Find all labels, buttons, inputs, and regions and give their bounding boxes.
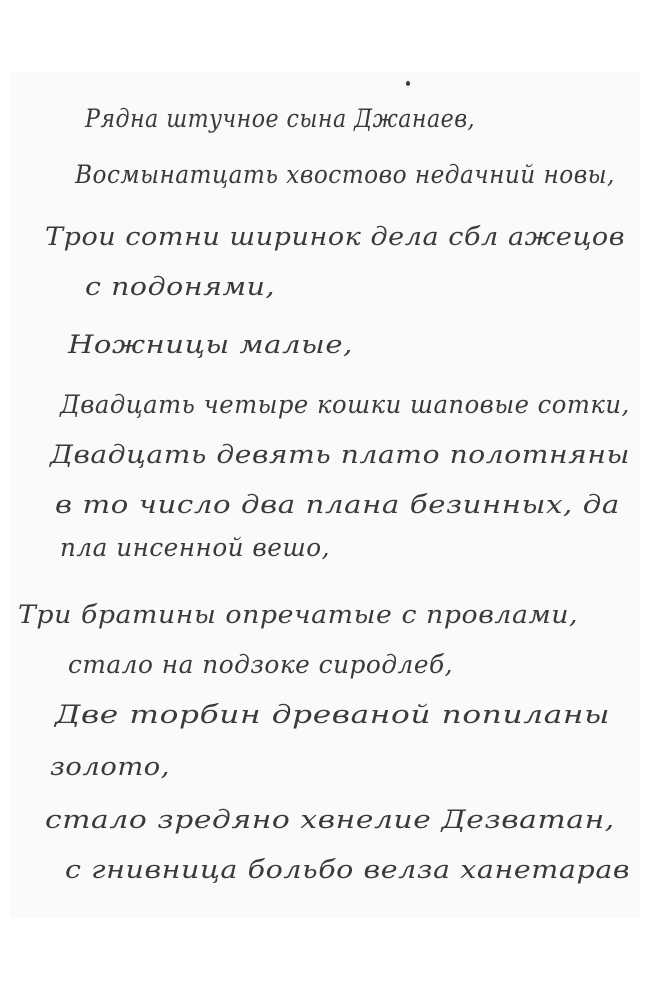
manuscript-line-2: Восмынатцать хвостово недачний новы, bbox=[75, 160, 615, 189]
manuscript-line-7: Двадцать девять плато полотняны bbox=[50, 440, 630, 469]
manuscript-line-9: пла инсенной вешо, bbox=[60, 533, 330, 562]
manuscript-line-1: Рядна штучное сына Джанаев, bbox=[85, 104, 475, 133]
manuscript-line-12: Две торбин древаной попиланы bbox=[55, 700, 610, 729]
manuscript-line-11: стало на подзоке сиродлеб, bbox=[68, 650, 453, 679]
ink-dot-mark bbox=[406, 81, 410, 86]
manuscript-line-6: Двадцать четыре кошки шаповые сотки, bbox=[60, 390, 630, 419]
manuscript-line-3: Трои сотни ширинок дела сбл ажецов bbox=[45, 222, 625, 251]
manuscript-line-10: Три братины опречатые с провлами, bbox=[18, 600, 578, 629]
manuscript-line-4: с подонями, bbox=[85, 272, 275, 301]
manuscript-line-8: в то число два плана безинных, да bbox=[55, 490, 620, 519]
manuscript-line-14: стало зредяно хвнелие Дезватан, bbox=[45, 805, 615, 834]
manuscript-line-13: золото, bbox=[50, 752, 170, 781]
manuscript-line-5: Ножницы малые, bbox=[68, 330, 353, 359]
manuscript-line-15: с гнивница больбо велза ханетарав bbox=[65, 855, 630, 884]
